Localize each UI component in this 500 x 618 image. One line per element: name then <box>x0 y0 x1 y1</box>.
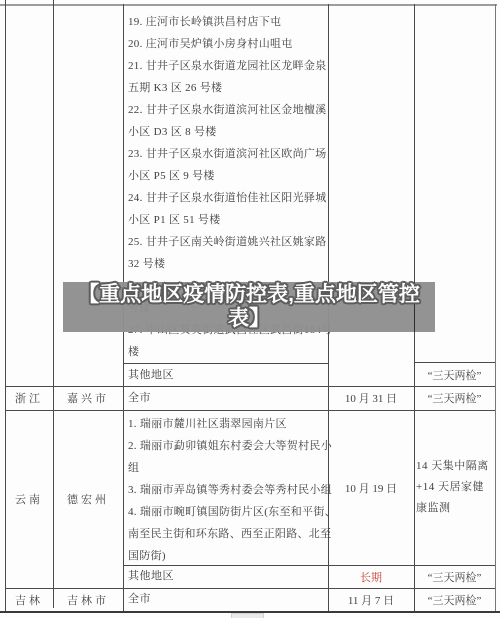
area-line: 32 号楼 <box>128 253 333 275</box>
date-cell: 10 月 31 日 <box>328 386 414 410</box>
area-line: 23. 甘井子区泉水街道滨河社区欧尚广场 <box>128 143 333 165</box>
area-line: 1. 瑞丽市麓川社区翡翠园南片区 <box>128 413 336 435</box>
measure-line: 康监测 <box>416 498 451 519</box>
table-border-top <box>0 4 497 6</box>
area-line: 19. 庄河市长岭镇洪昌村店下屯 <box>128 11 333 33</box>
area-line: 25. 甘井子区南关岭街道姚兴社区姚家路 <box>128 231 333 253</box>
province-cell: 浙江 <box>5 386 53 410</box>
area-line: 3. 瑞丽市弄岛镇等秀村委会等秀村民小组 <box>128 479 336 501</box>
area-line: 24. 甘井子区泉水街道怡佳社区阳光驿城 <box>128 187 333 209</box>
area-line: 20. 庄河市吴炉镇小房身村山咀屯 <box>128 33 333 55</box>
measure-value: “三天两检” <box>414 364 495 386</box>
area-cell: 全市 <box>128 386 151 410</box>
measure-cell: 14 天集中隔离 +14 天居家健 康监测 <box>416 410 495 565</box>
bottom-partial-element <box>231 613 264 618</box>
other-area-label: 其他地区 <box>128 565 174 588</box>
area-line: 楼 <box>128 341 333 363</box>
measure-line: +14 天居家健 <box>416 477 484 498</box>
area-line: 五期 K3 区 26 号楼 <box>128 77 333 99</box>
area-line: 4. 瑞丽市畹町镇国防街片区(东至和平街、 <box>128 501 336 523</box>
area-line: 组 <box>128 457 336 479</box>
city-cell: 德宏州 <box>53 410 123 588</box>
date-cell-long-term: 长期 <box>328 565 414 588</box>
area-list-yunnan: 1. 瑞丽市麓川社区翡翠园南片区 2. 瑞丽市勐卯镇姐东村委会大等贺村民小 组 … <box>128 413 336 567</box>
caption-overlay-title: 【重点地区疫情防控表,重点地区管控表】 <box>63 283 435 331</box>
city-cell: 嘉兴市 <box>53 386 123 410</box>
area-line: 小区 D3 区 8 号楼 <box>128 121 333 143</box>
area-line: 国防街) <box>128 545 336 567</box>
date-cell: 11 月 7 日 <box>328 588 414 611</box>
table-border-right <box>495 4 496 612</box>
area-line: 南至民主街和环东路、西至正阳路、北至 <box>128 523 336 545</box>
other-area-label: 其他地区 <box>128 364 174 386</box>
area-cell: 全市 <box>128 588 151 611</box>
screenshot-root: 19. 庄河市长岭镇洪昌村店下屯 20. 庄河市吴炉镇小房身村山咀屯 21. 甘… <box>0 0 500 618</box>
measure-value: “三天两检” <box>414 588 495 611</box>
area-line: 小区 P1 区 51 号楼 <box>128 209 333 231</box>
province-cell: 吉林 <box>5 588 53 611</box>
area-line: 22. 甘井子区泉水街道滨河社区金地檀溪 <box>128 99 333 121</box>
area-line: 21. 甘井子区泉水街道龙园社区龙畔金泉 <box>128 55 333 77</box>
measure-value: “三天两检” <box>414 386 495 410</box>
province-cell: 云南 <box>5 410 53 588</box>
row-divider-area-other-right <box>414 362 495 363</box>
measure-value: “三天两检” <box>414 565 495 588</box>
area-line: 2. 瑞丽市勐卯镇姐东村委会大等贺村民小 <box>128 435 336 457</box>
area-line: 小区 P5 区 9 号楼 <box>128 165 333 187</box>
city-cell: 吉林市 <box>53 588 123 611</box>
date-cell: 10 月 19 日 <box>328 410 414 565</box>
measure-line: 14 天集中隔离 <box>416 456 489 477</box>
